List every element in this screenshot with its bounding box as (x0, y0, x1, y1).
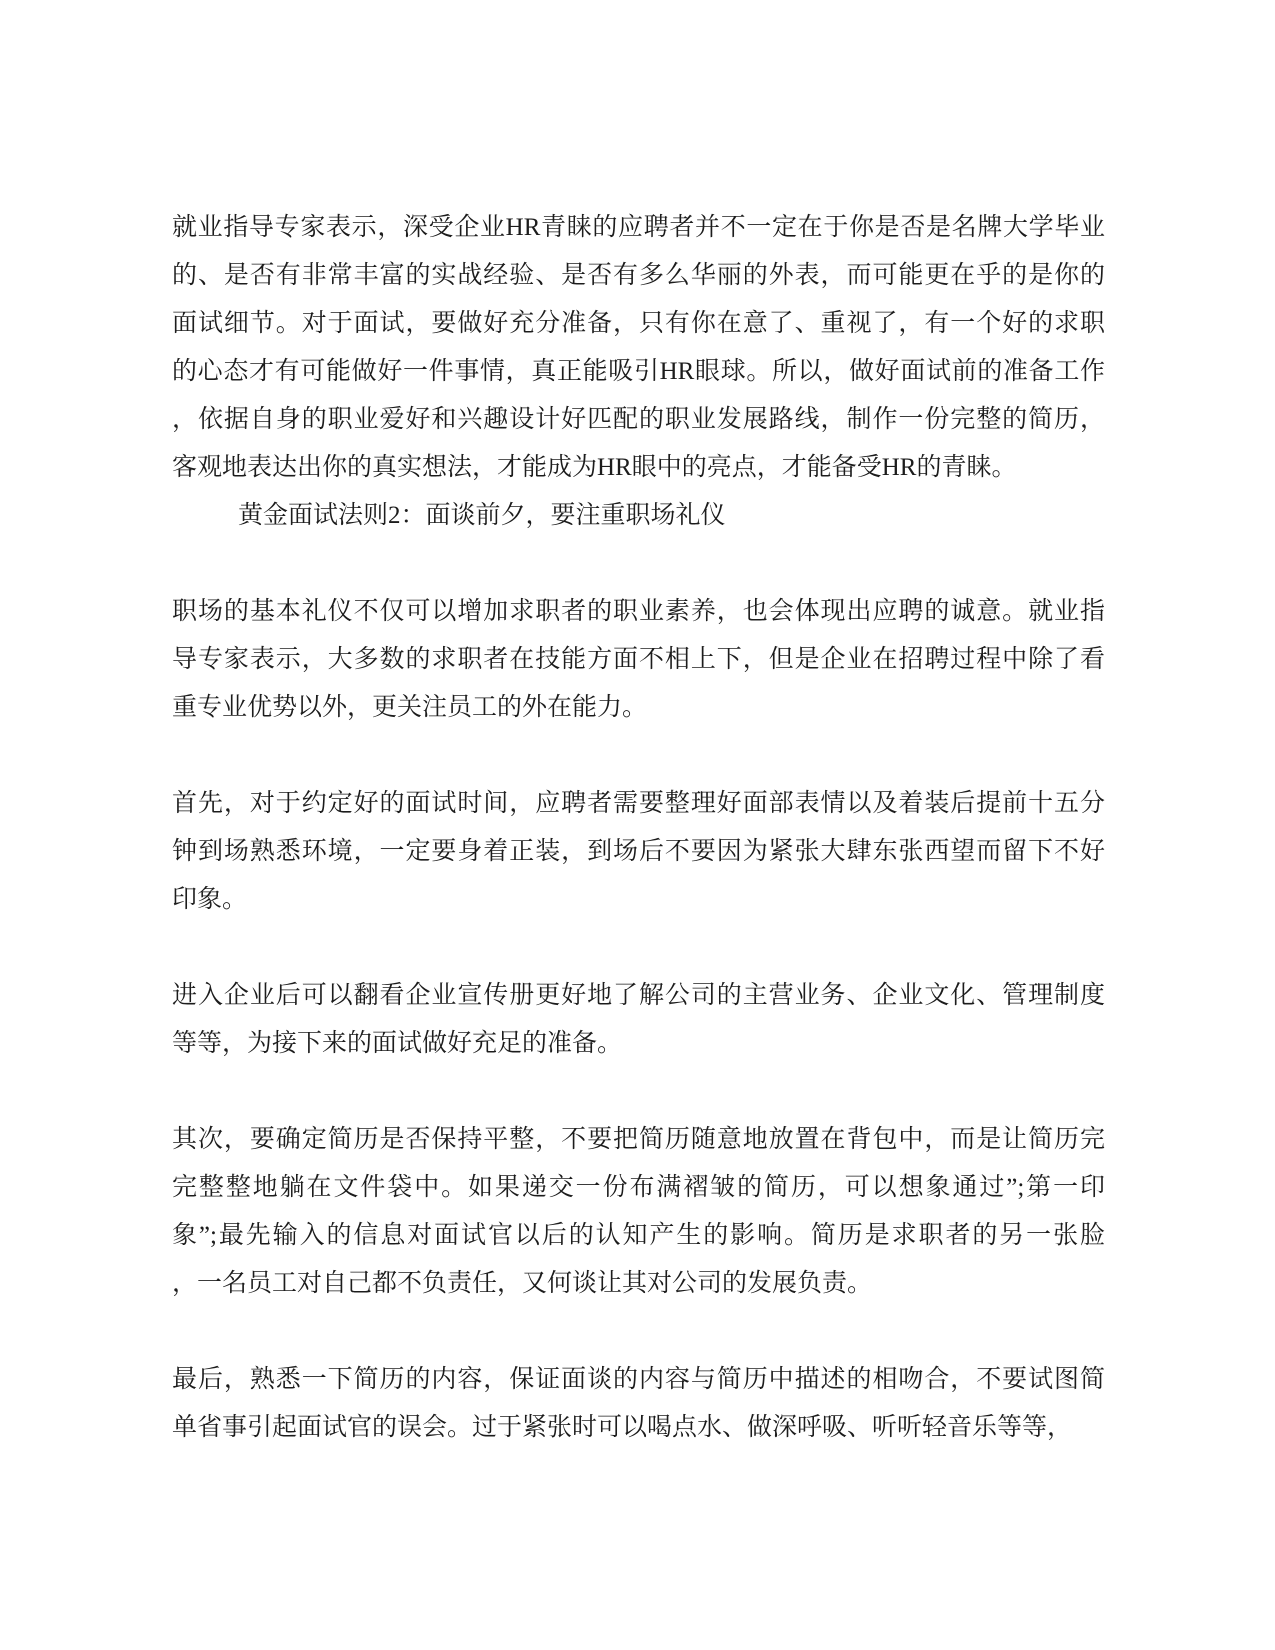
document-page: 就业指导专家表示，深受企业HR青睐的应聘者并不一定在于你是否是名牌大学毕业的、是… (0, 0, 1275, 1650)
paragraph: 最后，熟悉一下简历的内容，保证面谈的内容与简历中描述的相吻合，不要试图简单省事引… (172, 1356, 1105, 1452)
text-line: 就业指导专家表示，深受企业HR青睐的应聘者并不一定在于你是否是名牌大学毕业 (172, 204, 1105, 252)
text-line: 完整整地躺在文件袋中。如果递交一份布满褶皱的简历，可以想象通过”;第一印 (172, 1164, 1105, 1212)
text-line: 印象。 (172, 876, 1105, 924)
text-line: 单省事引起面试官的误会。过于紧张时可以喝点水、做深呼吸、听听轻音乐等等， (172, 1404, 1105, 1452)
text-line: 等等，为接下来的面试做好充足的准备。 (172, 1020, 1105, 1068)
paragraph: 其次，要确定简历是否保持平整，不要把简历随意地放置在背包中，而是让简历完完整整地… (172, 1116, 1105, 1308)
text-line: ，依据自身的职业爱好和兴趣设计好匹配的职业发展路线，制作一份完整的简历， (172, 396, 1105, 444)
text-line: ，一名员工对自己都不负责任，又何谈让其对公司的发展负责。 (172, 1260, 1105, 1308)
text-line: 其次，要确定简历是否保持平整，不要把简历随意地放置在背包中，而是让简历完 (172, 1116, 1105, 1164)
text-line: 进入企业后可以翻看企业宣传册更好地了解公司的主营业务、企业文化、管理制度 (172, 972, 1105, 1020)
paragraph: 首先，对于约定好的面试时间，应聘者需要整理好面部表情以及着装后提前十五分钟到场熟… (172, 780, 1105, 924)
text-line: 首先，对于约定好的面试时间，应聘者需要整理好面部表情以及着装后提前十五分 (172, 780, 1105, 828)
text-line: 导专家表示，大多数的求职者在技能方面不相上下，但是企业在招聘过程中除了看 (172, 636, 1105, 684)
paragraph: 职场的基本礼仪不仅可以增加求职者的职业素养，也会体现出应聘的诚意。就业指导专家表… (172, 588, 1105, 732)
paragraph: 进入企业后可以翻看企业宣传册更好地了解公司的主营业务、企业文化、管理制度等等，为… (172, 972, 1105, 1068)
text-line: 象”;最先输入的信息对面试官以后的认知产生的影响。简历是求职者的另一张脸 (172, 1212, 1105, 1260)
text-line: 钟到场熟悉环境，一定要身着正装，到场后不要因为紧张大肆东张西望而留下不好 (172, 828, 1105, 876)
text-line: 客观地表达出你的真实想法，才能成为HR眼中的亮点，才能备受HR的青睐。 (172, 444, 1105, 492)
text-line: 重专业优势以外，更关注员工的外在能力。 (172, 684, 1105, 732)
section-heading: 黄金面试法则2：面谈前夕，要注重职场礼仪 (172, 492, 1105, 540)
text-line: 黄金面试法则2：面谈前夕，要注重职场礼仪 (172, 492, 1105, 540)
document-content: 就业指导专家表示，深受企业HR青睐的应聘者并不一定在于你是否是名牌大学毕业的、是… (172, 204, 1105, 1500)
text-line: 的心态才有可能做好一件事情，真正能吸引HR眼球。所以，做好面试前的准备工作 (172, 348, 1105, 396)
text-line: 面试细节。对于面试，要做好充分准备，只有你在意了、重视了，有一个好的求职 (172, 300, 1105, 348)
text-line: 的、是否有非常丰富的实战经验、是否有多么华丽的外表，而可能更在乎的是你的 (172, 252, 1105, 300)
paragraph: 就业指导专家表示，深受企业HR青睐的应聘者并不一定在于你是否是名牌大学毕业的、是… (172, 204, 1105, 492)
text-line: 职场的基本礼仪不仅可以增加求职者的职业素养，也会体现出应聘的诚意。就业指 (172, 588, 1105, 636)
text-line: 最后，熟悉一下简历的内容，保证面谈的内容与简历中描述的相吻合，不要试图简 (172, 1356, 1105, 1404)
